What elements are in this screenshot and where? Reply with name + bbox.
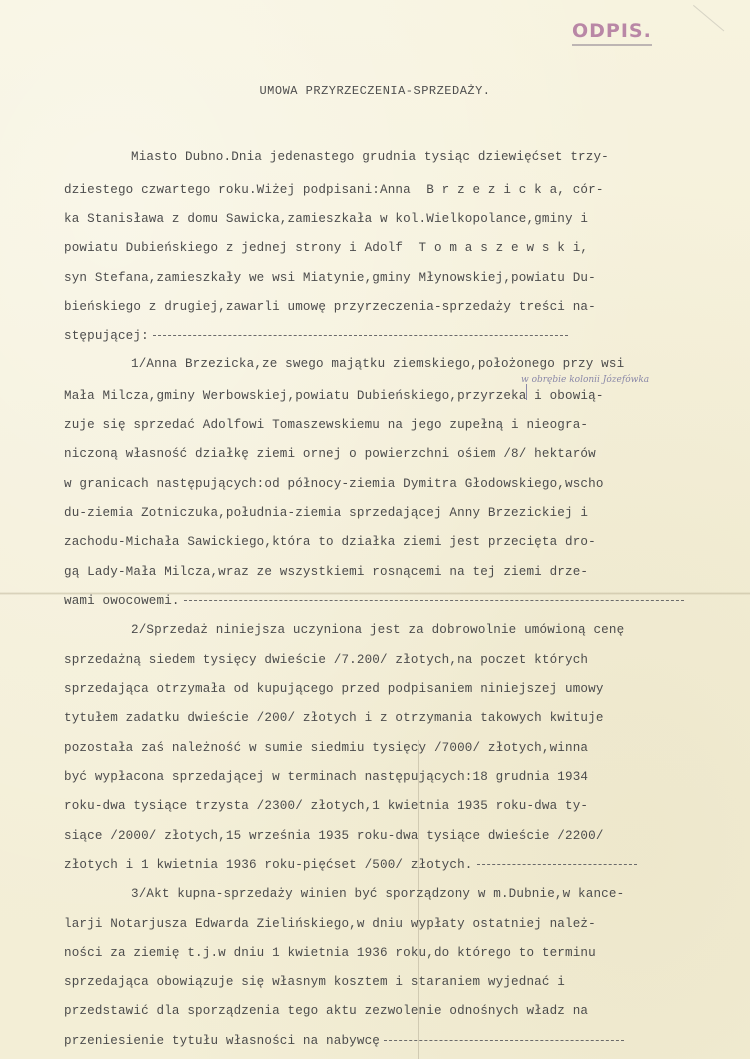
text-line: Mała Milcza,gminy Werbowskiej,powiatu Du… [64,390,604,403]
dashed-rule [477,864,637,865]
text-line: 1/Anna Brzezicka,ze swego majątku ziemsk… [131,358,624,371]
text-segment: złotych i 1 kwietnia 1936 roku-pięćset /… [64,858,473,872]
text-line: sprzedażną siedem tysięcy dwieście /7.20… [64,654,588,667]
text-line: w granicach następujących:od północy-zie… [64,478,604,491]
text-line: bieńskiego z drugiej,zawarli umowę przyr… [64,301,596,314]
text-line: zuje się sprzedać Adolfowi Tomaszewskiem… [64,419,588,432]
text-line: niczoną własność działkę ziemi ornej o p… [64,448,596,461]
text-line: przedstawić dla sporządzenia tego aktu z… [64,1005,588,1018]
text-line: du-ziemia Zotniczuka,południa-ziemia spr… [64,507,588,520]
paper-corner-mark [693,0,750,31]
text-line: larji Notarjusza Edwarda Zielińskiego,w … [64,918,596,931]
document-title: UMOWA PRZYRZECZENIA-SPRZEDAŻY. [0,84,750,98]
text-line: ności za ziemię t.j.w dniu 1 kwietnia 19… [64,947,596,960]
text-line: zachodu-Michała Sawickiego,która to dzia… [64,536,596,549]
text-line-with-rule: złotych i 1 kwietnia 1936 roku-pięćset /… [64,859,637,872]
text-line: syn Stefana,zamieszkały we wsi Miatynie,… [64,272,596,285]
text-line: powiatu Dubieńskiego z jednej strony i A… [64,242,588,255]
text-line: sprzedająca otrzymała od kupującego prze… [64,683,604,696]
text-line: siące /2000/ złotych,15 września 1935 ro… [64,830,604,843]
text-line: 2/Sprzedaż niniejsza uczyniona jest za d… [131,624,624,637]
text-segment: stępującej: [64,329,149,343]
copy-stamp: ODPIS. [572,20,652,46]
dashed-rule [153,335,568,336]
text-line-with-rule: stępującej: [64,330,568,343]
text-line: roku-dwa tysiące trzysta /2300/ złotych,… [64,800,588,813]
text-line-with-rule: przeniesienie tytułu własności na nabywc… [64,1035,624,1048]
text-line: sprzedająca obowiązuje się własnym koszt… [64,976,565,989]
text-line: ka Stanisława z domu Sawicka,zamieszkała… [64,213,588,226]
text-line: tytułem zadatku dwieście /200/ złotych i… [64,712,604,725]
dashed-rule [184,600,684,601]
text-line: gą Lady-Mała Milcza,wraz ze wszystkiemi … [64,566,588,579]
text-line: pozostała zaś należność w sumie siedmiu … [64,742,588,755]
handwritten-annotation: w obrębie kolonii Józefówka [521,375,649,385]
text-line: 3/Akt kupna-sprzedaży winien być sporząd… [131,888,624,901]
text-segment: przeniesienie tytułu własności na nabywc… [64,1034,380,1048]
text-segment: wami owocowemi. [64,594,180,608]
text-line: dziestego czwartego roku.Wiżej podpisani… [64,184,604,197]
text-line-with-rule: wami owocowemi. [64,595,684,608]
text-line: być wypłacona sprzedającej w terminach n… [64,771,588,784]
dashed-rule [384,1040,624,1041]
text-line: Miasto Dubno.Dnia jedenastego grudnia ty… [131,151,609,164]
scanned-page: ODPIS. UMOWA PRZYRZECZENIA-SPRZEDAŻY. Mi… [0,0,750,1059]
